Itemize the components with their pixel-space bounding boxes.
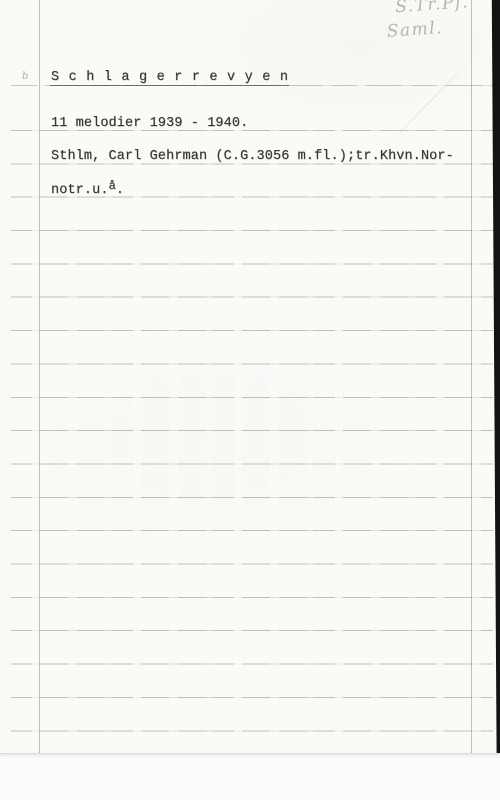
typed-line-subtitle: 11 melodier 1939 - 1940. xyxy=(51,116,248,132)
index-card: S.Tr.Pf. Saml. b S c h l a g e r r e v y… xyxy=(0,0,500,754)
typed-text-pre: notr.u. xyxy=(51,183,109,198)
pencil-annotation: S.Tr.Pf. Saml. xyxy=(384,0,471,44)
pencil-annotation-line2: Saml. xyxy=(386,14,471,44)
typed-superscript: å xyxy=(109,179,116,193)
right-margin-line xyxy=(471,0,472,753)
typed-line-imprint-continuation: notr.u.å. xyxy=(51,182,124,199)
typed-line-imprint: Sthlm, Carl Gehrman (C.G.3056 m.fl.);tr.… xyxy=(51,149,454,165)
ruled-lines xyxy=(11,130,493,732)
left-margin-line xyxy=(39,0,40,753)
typed-text-post: . xyxy=(116,183,124,198)
pencil-margin-mark: b xyxy=(22,71,28,82)
scanned-catalog-card-page: S.Tr.Pf. Saml. b S c h l a g e r r e v y… xyxy=(0,0,500,800)
scanner-left-edge xyxy=(0,0,13,755)
title-underline xyxy=(50,85,289,87)
